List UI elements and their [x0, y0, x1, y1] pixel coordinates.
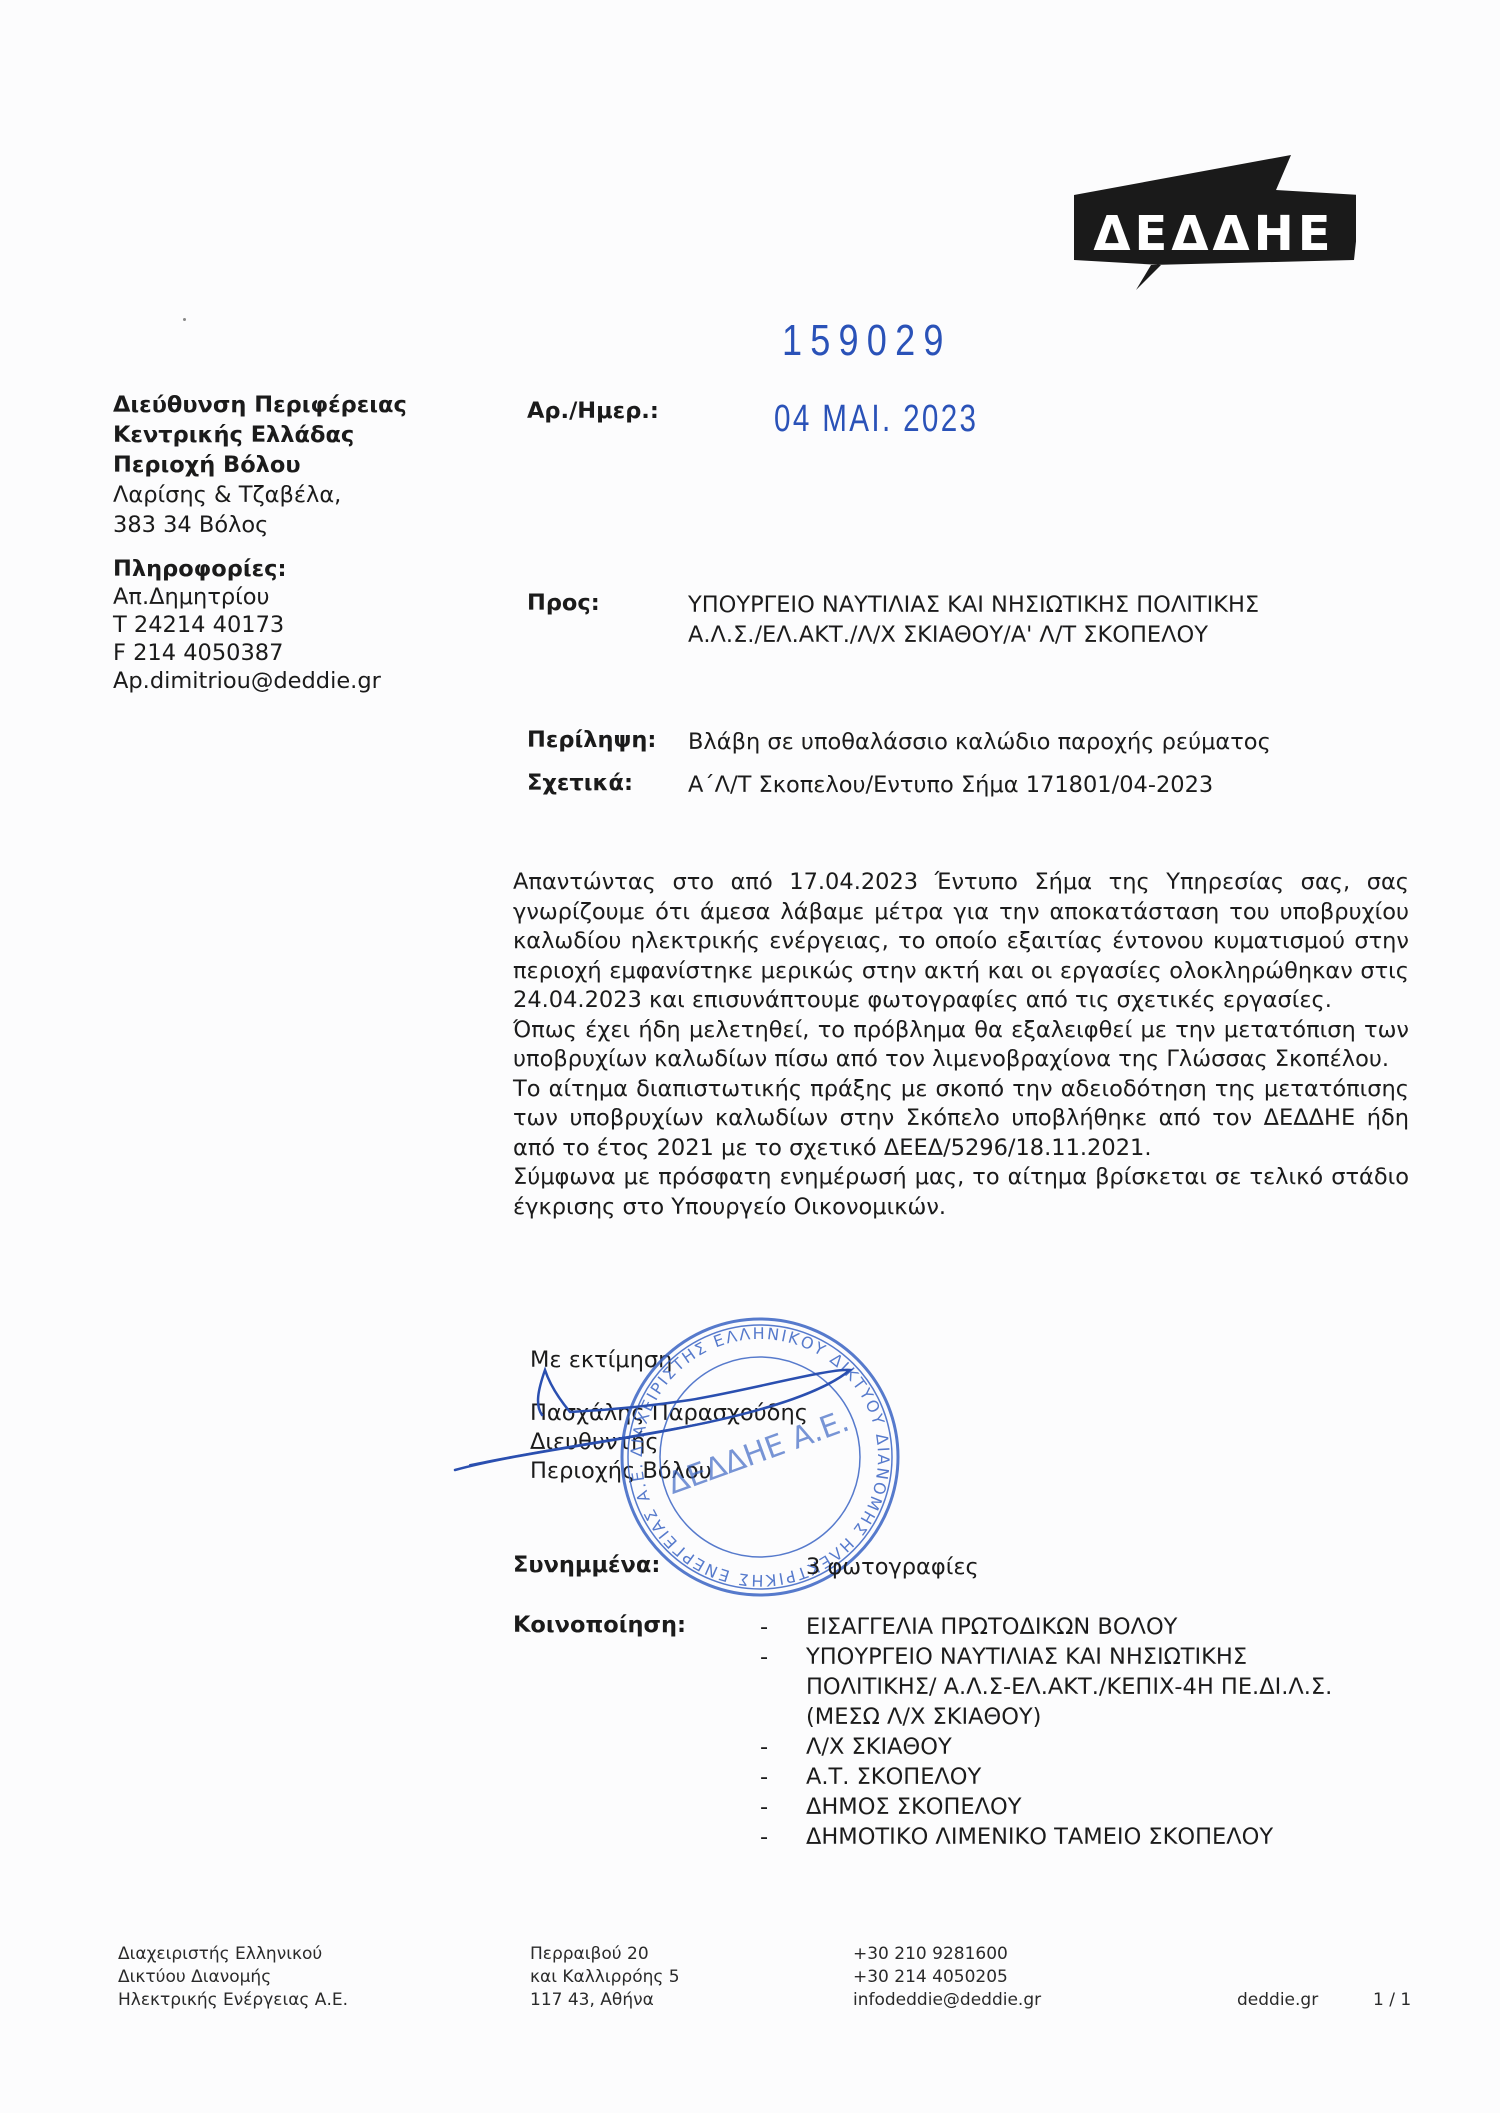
attachments-value: 3 φωτογραφίες	[806, 1552, 979, 1582]
footer-line: 117 43, Αθήνα	[530, 1989, 680, 2012]
related-value: Α΄Λ/Τ Σκοπελου/Εντυπο Σήμα 171801/04-202…	[688, 770, 1213, 800]
sender-line: Κεντρικής Ελλάδας	[113, 420, 407, 450]
cc-item: - ΔΗΜΟΤΙΚΟ ΛΙΜΕΝΙΚΟ ΤΑΜΕΙΟ ΣΚΟΠΕΛΟΥ	[760, 1822, 1332, 1852]
footer-line: και Καλλιρρόης 5	[530, 1966, 680, 1989]
signature-block: Με εκτίμηση Πασχάλης Παρασχούδης Διευθυν…	[530, 1346, 808, 1486]
sender-line: Διεύθυνση Περιφέρειας	[113, 390, 407, 420]
protocol-number-stamp: 159029	[782, 316, 952, 366]
cc-item: - ΕΙΣΑΓΓΕΛΙΑ ΠΡΩΤΟΔΙΚΩΝ ΒΟΛΟΥ	[760, 1612, 1332, 1642]
info-phone: T 24214 40173	[113, 611, 381, 639]
signatory-area: Περιοχής Βόλου	[530, 1457, 808, 1486]
deddie-logo-icon: ΔΕΔΔΗΕ	[1036, 140, 1356, 290]
sender-block: Διεύθυνση Περιφέρειας Κεντρικής Ελλάδας …	[113, 390, 407, 540]
cc-line: ΔΗΜΟΣ ΣΚΟΠΕΛΟΥ	[806, 1792, 1332, 1822]
info-heading: Πληροφορίες:	[113, 555, 381, 583]
list-dash: -	[760, 1612, 768, 1642]
to-recipient: ΥΠΟΥΡΓΕΙΟ ΝΑΥΤΙΛΙΑΣ ΚΑΙ ΝΗΣΙΩΤΙΚΗΣ ΠΟΛΙΤ…	[688, 590, 1259, 650]
letter-body: Απαντώντας στο από 17.04.2023 Έντυπο Σήμ…	[513, 868, 1409, 1222]
footer-phone: +30 210 9281600	[853, 1943, 1041, 1966]
body-paragraph: Απαντώντας στο από 17.04.2023 Έντυπο Σήμ…	[513, 868, 1409, 1016]
cc-line: Α.Τ. ΣΚΟΠΕΛΟΥ	[806, 1762, 1332, 1792]
related-label: Σχετικά:	[527, 770, 633, 796]
cc-line: ΕΙΣΑΓΓΕΛΙΑ ΠΡΩΤΟΔΙΚΩΝ ΒΟΛΟΥ	[806, 1612, 1332, 1642]
body-paragraph: Το αίτημα διαπιστωτικής πράξης με σκοπό …	[513, 1075, 1409, 1164]
footer-address: Περραιβού 20 και Καλλιρρόης 5 117 43, Αθ…	[530, 1943, 680, 2012]
to-line: Α.Λ.Σ./ΕΛ.ΑΚΤ./Λ/Χ ΣΚΙΑΘΟΥ/Α' Λ/Τ ΣΚΟΠΕΛ…	[688, 620, 1259, 650]
footer-line: Ηλεκτρικής Ενέργειας Α.Ε.	[118, 1989, 348, 2012]
footer-line: Διαχειριστής Ελληνικού	[118, 1943, 348, 1966]
list-dash: -	[760, 1732, 768, 1762]
cc-item: - Α.Τ. ΣΚΟΠΕΛΟΥ	[760, 1762, 1332, 1792]
cc-item: - Λ/Χ ΣΚΙΑΘΟΥ	[760, 1732, 1332, 1762]
cc-line: Λ/Χ ΣΚΙΑΘΟΥ	[806, 1732, 1332, 1762]
list-dash: -	[760, 1762, 768, 1792]
cc-list: - ΕΙΣΑΓΓΕΛΙΑ ΠΡΩΤΟΔΙΚΩΝ ΒΟΛΟΥ - ΥΠΟΥΡΓΕΙ…	[760, 1612, 1332, 1852]
info-fax: F 214 4050387	[113, 639, 381, 667]
closing: Με εκτίμηση	[530, 1346, 808, 1375]
cc-item: - ΥΠΟΥΡΓΕΙΟ ΝΑΥΤΙΛΙΑΣ ΚΑΙ ΝΗΣΙΩΤΙΚΗΣ ΠΟΛ…	[760, 1642, 1332, 1732]
footer-contact: +30 210 9281600 +30 214 4050205 infodedd…	[853, 1943, 1041, 2012]
attachments-label: Συνημμένα:	[513, 1552, 660, 1578]
info-email[interactable]: Ap.dimitriou@deddie.gr	[113, 667, 381, 695]
cc-line: ΠΟΛΙΤΙΚΗΣ/ Α.Λ.Σ-ΕΛ.ΑΚΤ./ΚΕΠΙΧ-4Η ΠΕ.ΔΙ.…	[806, 1672, 1332, 1702]
sender-line: Λαρίσης & Τζαβέλα,	[113, 480, 407, 510]
cc-label: Κοινοποίηση:	[513, 1612, 686, 1638]
info-name: Απ.Δημητρίου	[113, 583, 381, 611]
cc-line: ΥΠΟΥΡΓΕΙΟ ΝΑΥΤΙΛΙΑΣ ΚΑΙ ΝΗΣΙΩΤΙΚΗΣ	[806, 1642, 1332, 1672]
footer-email[interactable]: infodeddie@deddie.gr	[853, 1989, 1041, 2012]
footer-phone: +30 214 4050205	[853, 1966, 1041, 1989]
sender-line: 383 34 Βόλος	[113, 510, 407, 540]
footer-website[interactable]: deddie.gr	[1237, 1989, 1318, 2012]
to-label: Προς:	[527, 590, 600, 616]
sender-line: Περιοχή Βόλου	[113, 450, 407, 480]
signatory-title: Διευθυντής	[530, 1428, 808, 1457]
cc-item: - ΔΗΜΟΣ ΣΚΟΠΕΛΟΥ	[760, 1792, 1332, 1822]
date-stamp: 04 MAI. 2023	[774, 398, 978, 441]
logo-text: ΔΕΔΔΗΕ	[1093, 206, 1334, 262]
cc-line: ΔΗΜΟΤΙΚΟ ΛΙΜΕΝΙΚΟ ΤΑΜΕΙΟ ΣΚΟΠΕΛΟΥ	[806, 1822, 1332, 1852]
footer-company: Διαχειριστής Ελληνικού Δικτύου Διανομής …	[118, 1943, 348, 2012]
scan-speck	[183, 318, 186, 321]
info-block: Πληροφορίες: Απ.Δημητρίου T 24214 40173 …	[113, 555, 381, 695]
footer-line: Περραιβού 20	[530, 1943, 680, 1966]
summary-value: Βλάβη σε υποθαλάσσιο καλώδιο παροχής ρεύ…	[688, 727, 1271, 757]
body-paragraph: Σύμφωνα με πρόσφατη ενημέρωσή μας, το αί…	[513, 1163, 1409, 1222]
cc-line: (ΜΕΣΩ Λ/Χ ΣΚΙΑΘΟΥ)	[806, 1702, 1332, 1732]
list-dash: -	[760, 1642, 768, 1672]
footer-line: Δικτύου Διανομής	[118, 1966, 348, 1989]
page-number: 1 / 1	[1373, 1989, 1411, 2012]
list-dash: -	[760, 1822, 768, 1852]
body-paragraph: Όπως έχει ήδη μελετηθεί, το πρόβλημα θα …	[513, 1016, 1409, 1075]
signatory-name: Πασχάλης Παρασχούδης	[530, 1399, 808, 1428]
summary-label: Περίληψη:	[527, 727, 656, 753]
to-line: ΥΠΟΥΡΓΕΙΟ ΝΑΥΤΙΛΙΑΣ ΚΑΙ ΝΗΣΙΩΤΙΚΗΣ ΠΟΛΙΤ…	[688, 590, 1259, 620]
ref-label: Αρ./Ημερ.:	[527, 398, 659, 424]
list-dash: -	[760, 1792, 768, 1822]
